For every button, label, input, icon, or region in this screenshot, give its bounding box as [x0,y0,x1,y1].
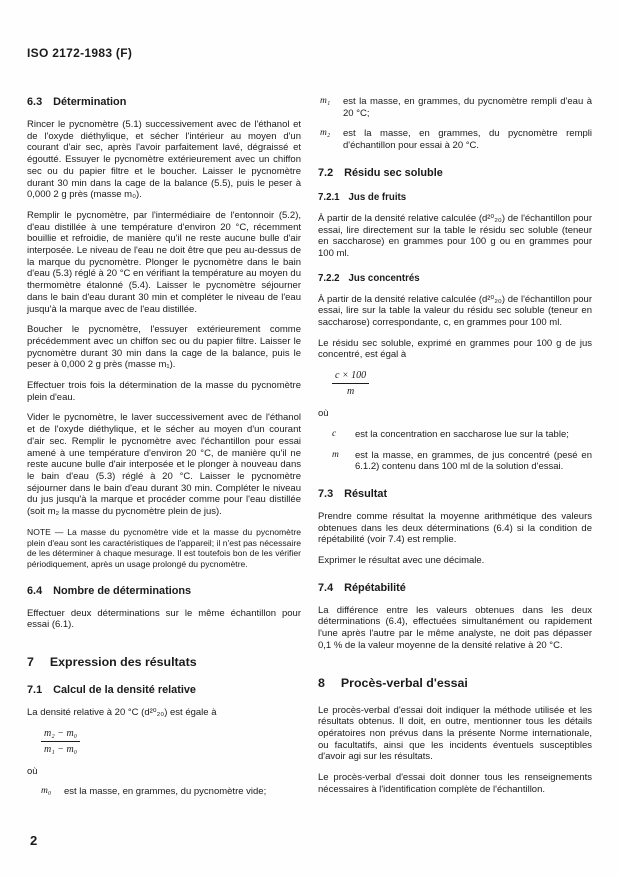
definition-text: est la masse, en grammes, du pycnomètre … [343,128,592,151]
definition-text: est la masse, en grammes, de jus concent… [355,450,592,473]
symbol: m₀ [41,786,64,798]
paragraph: La densité relative à 20 °C (d²⁰₂₀) est … [27,707,301,719]
section-title: Résidu sec soluble [344,167,443,179]
paragraph: La différence entre les valeurs obtenues… [318,605,592,652]
paragraph: Effectuer trois fois la détermination de… [27,380,301,403]
fraction: m₂ − m₀m₁ − m₀ [41,728,80,755]
section-heading-7.1: 7.1Calcul de la densité relative [27,684,301,696]
definition-text: est la masse, en grammes, du pycnomètre … [64,786,301,798]
section-title: Jus de fruits [349,192,407,203]
section-title: Jus concentrés [349,273,420,284]
symbol: m [332,450,355,473]
symbol-definition: m₁est la masse, en grammes, du pycnomètr… [320,96,592,119]
paragraph: Le procès-verbal d'essai doit donner tou… [318,772,592,795]
symbol: c [332,429,355,441]
symbol-definition: m₀est la masse, en grammes, du pycnomètr… [41,786,301,798]
paragraph: Vider le pycnomètre, le laver successive… [27,412,301,517]
section-title: Détermination [53,96,126,108]
symbol-definition: mest la masse, en grammes, de jus concen… [332,450,592,473]
section-heading-7.3: 7.3Résultat [318,488,592,500]
section-number: 7 [27,655,34,669]
symbol-definition: cest la concentration en saccharose lue … [332,429,592,441]
paragraph: Boucher le pycnomètre, l'essuyer extérie… [27,324,301,371]
paragraph: où [318,408,592,420]
symbol: m₁ [320,96,343,119]
section-heading-7.4: 7.4Répétabilité [318,582,592,594]
section-number: 7.3 [318,488,333,500]
document-page: ISO 2172-1983 (F) 6.3DéterminationRincer… [0,0,619,876]
formula-numerator: c × 100 [332,370,369,384]
section-title: Expression des résultats [50,655,197,669]
section-number: 7.2.2 [318,273,340,284]
section-heading-8: 8Procès-verbal d'essai [318,676,592,690]
page-number: 2 [30,833,37,848]
symbol: m₂ [320,128,343,151]
section-title: Procès-verbal d'essai [341,676,468,690]
paragraph: où [27,766,301,778]
paragraph: Exprimer le résultat avec une décimale. [318,555,592,567]
paragraph: Effectuer deux déterminations sur le mêm… [27,608,301,631]
formula-denominator: m₁ − m₀ [41,742,80,755]
section-title: Calcul de la densité relative [53,684,196,696]
paragraph: À partir de la densité relative calculée… [318,294,592,329]
section-heading-7.2.2: 7.2.2Jus concentrés [318,273,592,284]
section-title: Résultat [344,488,387,500]
section-heading-7.2: 7.2Résidu sec soluble [318,167,592,179]
section-heading-6.3: 6.3Détermination [27,96,301,108]
page-header: ISO 2172-1983 (F) [27,46,132,60]
paragraph: Prendre comme résultat la moyenne arithm… [318,511,592,546]
fraction: c × 100m [332,370,369,397]
paragraph: Le résidu sec soluble, exprimé en gramme… [318,338,592,361]
column-right: m₁est la masse, en grammes, du pycnomètr… [318,96,592,805]
section-number: 7.2 [318,167,333,179]
note-text: NOTE — La masse du pycnomètre vide et la… [27,527,301,570]
paragraph: Le procès-verbal d'essai doit indiquer l… [318,705,592,764]
formula-denominator: m [332,384,369,397]
paragraph: À partir de la densité relative calculée… [318,213,592,260]
section-number: 7.4 [318,582,333,594]
formula: c × 100m [332,370,592,397]
definition-text: est la concentration en saccharose lue s… [355,429,592,441]
paragraph: Rincer le pycnomètre (5.1) successivemen… [27,119,301,201]
section-heading-7: 7Expression des résultats [27,655,301,669]
section-title: Répétabilité [344,582,406,594]
section-title: Nombre de déterminations [53,585,191,597]
section-number: 6.4 [27,585,42,597]
section-heading-7.2.1: 7.2.1Jus de fruits [318,192,592,203]
section-number: 6.3 [27,96,42,108]
paragraph: Remplir le pycnomètre, par l'intermédiai… [27,210,301,315]
formula-numerator: m₂ − m₀ [41,728,80,742]
section-heading-6.4: 6.4Nombre de déterminations [27,585,301,597]
section-number: 8 [318,676,325,690]
section-number: 7.2.1 [318,192,340,203]
column-left: 6.3DéterminationRincer le pycnomètre (5.… [27,96,301,807]
section-number: 7.1 [27,684,42,696]
formula: m₂ − m₀m₁ − m₀ [41,728,301,755]
symbol-definition: m₂est la masse, en grammes, du pycnomètr… [320,128,592,151]
definition-text: est la masse, en grammes, du pycnomètre … [343,96,592,119]
